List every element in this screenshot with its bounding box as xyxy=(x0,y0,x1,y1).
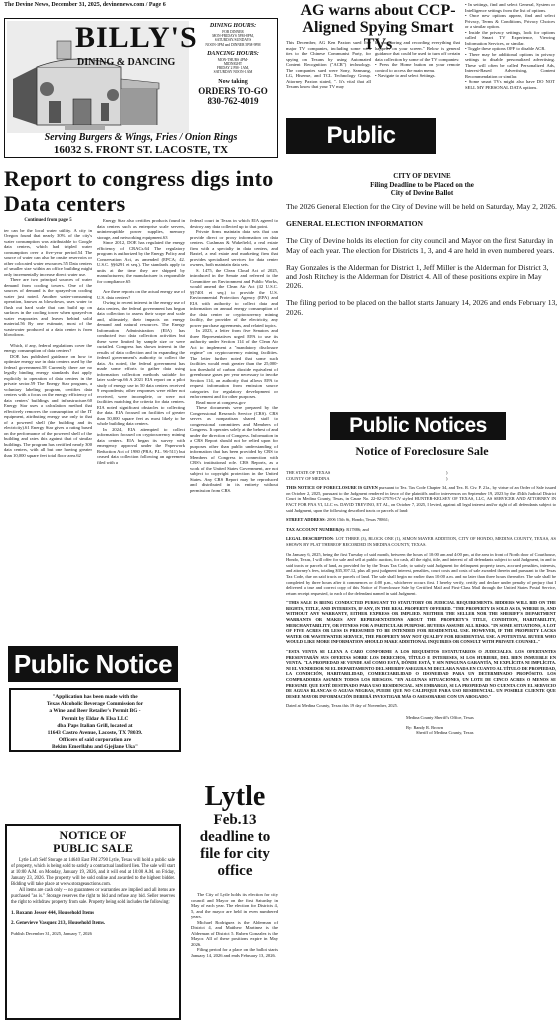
report-c3-p2: Private firms maintain data sets that ca… xyxy=(190,229,278,268)
ag-col3-p3: • Inside the privacy settings, look for … xyxy=(465,30,555,47)
alcohol-permit-notice: "Application has been made with the Texa… xyxy=(9,688,181,752)
report-c1-q: Which, if any, federal regulations cover… xyxy=(4,343,92,354)
lytle-p1: The City of Lytle holds its election for… xyxy=(191,892,278,920)
devine-p1: The 2026 General Election for the City o… xyxy=(286,202,558,211)
street-label: STREET ADDRESS xyxy=(286,517,325,522)
devine-p2: The City of Devine holds its election fo… xyxy=(286,236,558,254)
report-c2-q: Are there reports on the actual energy u… xyxy=(97,289,185,300)
devine-line2: Filing Deadline to be Placed on the xyxy=(286,181,558,190)
sale-title-2: PUBLIC SALE xyxy=(11,842,175,855)
dining-hours-4: NOON-3PM and DINNER 5PM-9PM xyxy=(189,43,277,47)
sheriff-title: Sheriff of Medina County, Texas xyxy=(416,730,556,736)
street-value: : 2006 15th St, Hondo, Texas 78861; xyxy=(325,517,390,522)
county-row: COUNTY OF MEDINA) xyxy=(286,476,556,482)
ag-col3-p6: • Some smart TVs might also have DO NOT … xyxy=(465,79,555,90)
dining-hours-label: DINING HOURS: xyxy=(189,23,277,30)
p1-lead: THIS NOTICE OF FORECLOSURE IS GIVEN xyxy=(286,485,378,490)
sale-publish-dates: Publish December 31, 2025, January 7, 20… xyxy=(11,931,175,936)
ag-col2-p3: • Navigate to and select Settings. xyxy=(375,73,460,79)
dancing-hours-label: DANCING HOURS: xyxy=(189,51,277,58)
legal-description: LEGAL DESCRIPTION: LOT THREE (3), BLOCK … xyxy=(286,536,556,547)
devine-notice-heading: CITY OF DEVINE Filing Deadline to be Pla… xyxy=(286,172,558,198)
sale-item-1: 1. Roxann Jesser 444, Household Items xyxy=(11,911,175,916)
report-col3: federal court in Texas in which EIA agre… xyxy=(190,218,278,493)
devine-line1: CITY OF DEVINE xyxy=(286,172,558,181)
dancing-hours-4: SATURDAY NOON-1AM xyxy=(189,70,277,74)
alc-line-2: Texas Alcoholic Beverage Commission for xyxy=(11,701,179,708)
ag-col3-p2: • Once new options appear, find and sele… xyxy=(465,13,555,30)
ag-col2-p2: • Press the Home button on your remote c… xyxy=(375,62,460,73)
tax-account: TAX ACCOUNT NUMBER(S): R17886; and xyxy=(286,527,556,533)
billys-serving: Serving Burgers & Wings, Fries / Onion R… xyxy=(5,132,277,143)
report-c1-p2: There are two principal sources of water… xyxy=(4,277,92,338)
lytle-article-title: Lytle xyxy=(190,782,280,812)
devine-p4: The filing period to be placed on the ba… xyxy=(286,298,558,316)
foreclosure-caps-es: "ESTA VENTA SE LLEVA A CABO CONFORME A L… xyxy=(286,649,556,699)
ag-col2-p1: be monitoring and recording everything t… xyxy=(375,40,460,62)
report-c3-p5: These documents were prepared by the Con… xyxy=(190,405,278,493)
billys-subtitle: DINING & DANCING xyxy=(77,57,175,68)
devine-notice-body: The 2026 General Election for the City o… xyxy=(286,202,558,325)
now-taking: Now taking xyxy=(189,79,277,86)
legal-label: LEGAL DESCRIPTION xyxy=(286,536,333,541)
foreclosure-caps-en: "THIS SALE IS BEING CONDUCTED PURSUANT T… xyxy=(286,600,556,645)
billys-ad[interactable]: BILLY'S DINING & DANCING DINING HOURS: F… xyxy=(4,18,278,158)
report-c2-p2: Since 2012, DOE has regulated the energy… xyxy=(97,240,185,284)
lytle-p2: Michael Rodriguez is the Alderman of Dis… xyxy=(191,920,278,948)
sale-p2: All items are cash only -- no guarantees… xyxy=(11,888,175,906)
foreclosure-p1: THIS NOTICE OF FORECLOSURE IS GIVEN purs… xyxy=(286,485,556,513)
alc-line-8: Bekim Emerllahu and Gjejlane Uka" xyxy=(11,744,179,751)
page-header: The Devine News, December 31, 2025, devi… xyxy=(4,2,166,8)
alc-line-3: a Wine and Beer Retailer's Permit BG - xyxy=(11,708,179,715)
report-article-title: Report to congress digs into Data center… xyxy=(4,166,280,216)
ag-col3-p4: • Toggle these options OFF to disable AC… xyxy=(465,46,555,52)
ag-article-col1: This December, AG Ken Paxton sued five m… xyxy=(286,40,371,90)
public-notices-banner: Public Notices xyxy=(286,118,436,154)
foreclosure-notice: THE STATE OF TEXAS) COUNTY OF MEDINA) TH… xyxy=(286,470,556,736)
billys-hours: DINING HOURS: FOR DINNER MON-FRIDAYS 5PM… xyxy=(189,23,277,106)
continued-from: Continued from page 5 xyxy=(4,218,92,224)
ag-col3-p5: • There may be additional options in pri… xyxy=(465,52,555,80)
public-sale-notice: NOTICE OF PUBLIC SALE Lytle Loft Self St… xyxy=(5,824,181,1020)
alc-line-4: Permit by Eldar & Elsa LLC xyxy=(11,716,179,723)
tax-label: TAX ACCOUNT NUMBER(S) xyxy=(286,527,344,532)
ag-article-col2: be monitoring and recording everything t… xyxy=(375,40,460,79)
report-c1-p3: DOE has published guidance on how to opt… xyxy=(4,354,92,459)
orders-to-go: ORDERS TO-GO xyxy=(189,86,277,96)
report-col2: Energy Star also certifies products foun… xyxy=(97,218,185,465)
devine-p3: Ray Gonzales is the Alderman for Distric… xyxy=(286,263,558,291)
lytle-p3: Filing period for a place on the ballot … xyxy=(191,947,278,958)
lytle-article-body: The City of Lytle holds its election for… xyxy=(191,892,278,958)
paren: ) xyxy=(446,476,447,482)
foreclosure-title: Notice of Foreclosure Sale xyxy=(286,444,558,459)
lytle-article-subtitle: Feb.13 deadline to file for city office xyxy=(190,812,280,880)
sale-p1: Lytle Loft Self Storage at 14640 East FM… xyxy=(11,858,175,888)
report-c2-p3: Owing to recent interest in the energy u… xyxy=(97,300,185,427)
public-notice-banner-3: Public Notice xyxy=(8,646,178,682)
report-c1-p1: ter can be the local water utility. A ci… xyxy=(4,228,92,278)
sale-text: Lytle Loft Self Storage at 14640 East FM… xyxy=(11,858,175,906)
ag-article-col3: • In settings, find and select General, … xyxy=(465,2,555,90)
devine-heading: GENERAL ELECTION INFORMATION xyxy=(286,219,558,228)
report-c3-p4: In 2023, a letter from five Senators and… xyxy=(190,328,278,400)
tax-value: : R17886; and xyxy=(344,527,369,532)
report-c2-p1: Energy Star also certifies products foun… xyxy=(97,218,185,240)
devine-line3: City of Devine Ballot xyxy=(286,189,558,198)
foreclosure-p2: On January 6, 2025, being the first Tues… xyxy=(286,552,556,597)
alc-line-1: "Application has been made with the xyxy=(11,694,179,701)
sale-item-2: 2. Genevieve Vasquez 213, Household Item… xyxy=(11,921,175,926)
county-label: COUNTY OF MEDINA xyxy=(286,476,446,482)
phone-number[interactable]: 830-762-4019 xyxy=(189,96,277,106)
alc-line-6: 11643 Castro Avenue, Lacoste, TX 78039. xyxy=(11,730,179,737)
ag-col1-text: This December, AG Ken Paxton sued five m… xyxy=(286,40,371,90)
sheriff-office: Medina County Sheriff's Office, Texas xyxy=(406,715,556,721)
billys-address: 16032 S. FRONT ST. LACOSTE, TX xyxy=(5,144,277,156)
public-notices-banner-2: Public Notices xyxy=(330,412,506,440)
report-col1: Continued from page 5 ter can be the loc… xyxy=(4,218,92,458)
report-c3-p3: S. 1475, the Clean Cloud Act of 2025, in… xyxy=(190,268,278,329)
street-address: STREET ADDRESS: 2006 15th St, Hondo, Tex… xyxy=(286,517,556,523)
report-c3-p1: federal court in Texas in which EIA agre… xyxy=(190,218,278,229)
ag-col3-p1: • In settings, find and select General, … xyxy=(465,2,555,13)
alc-line-5: dba Paps Italian Grill, located at xyxy=(11,723,179,730)
billys-title: BILLY'S xyxy=(75,23,198,53)
signature-block: Medina County Sheriff's Office, Texas By… xyxy=(406,715,556,736)
report-c2-p4: In 2024, EIA attempted to collect inform… xyxy=(97,427,185,466)
alc-line-7: Officers of said corporation are xyxy=(11,737,179,744)
foreclosure-dated: Dated at Medina County, Texas this 19 da… xyxy=(286,703,556,709)
